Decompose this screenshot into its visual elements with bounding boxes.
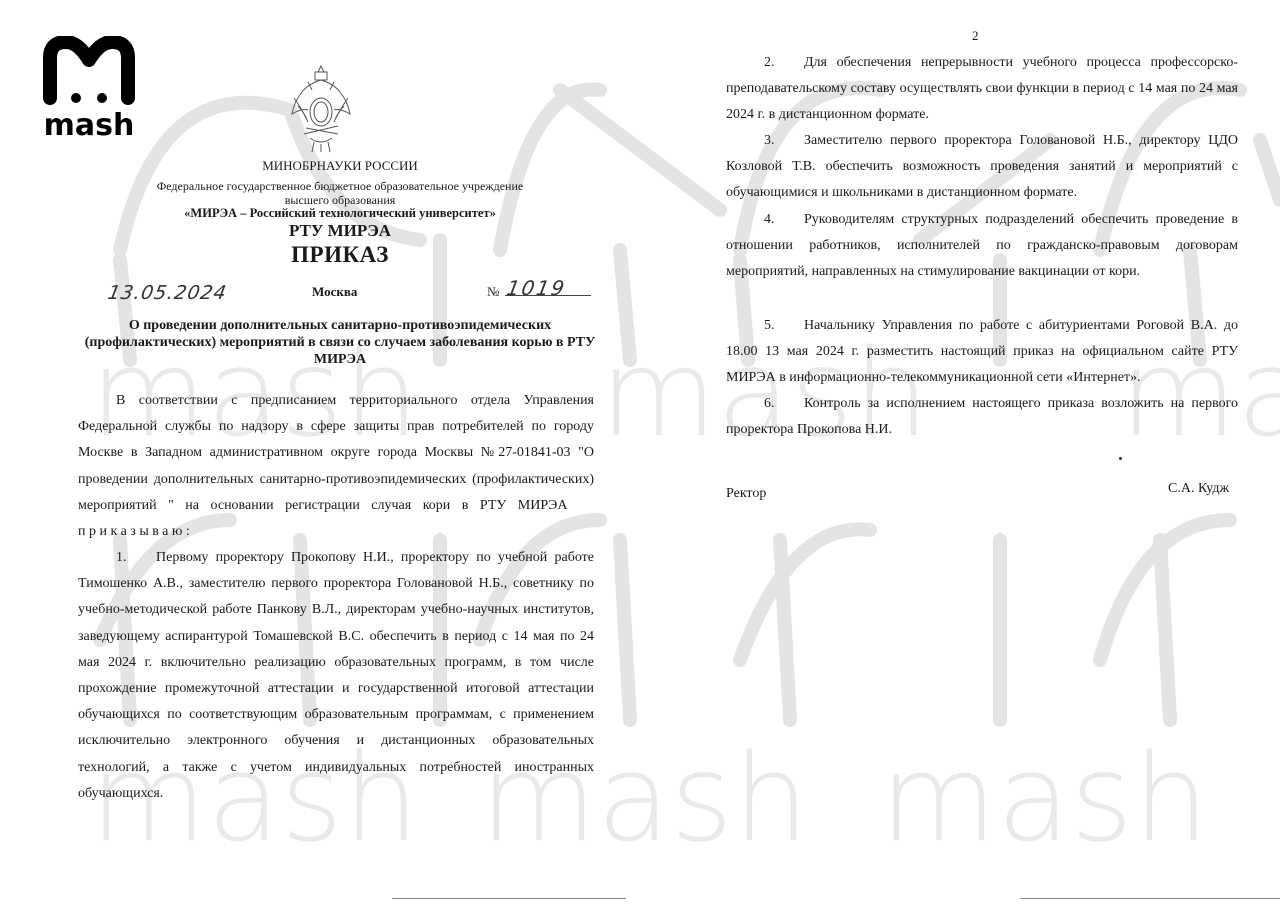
mash-wordmark: mash <box>40 110 138 142</box>
institution-level: высшего образования <box>80 194 600 206</box>
ministry-name: МИНОБРНАУКИ РОССИИ <box>80 159 600 172</box>
item-number: 6. <box>764 391 804 417</box>
order-item-3: 3.Заместителю первого проректора Голован… <box>726 128 1238 207</box>
item-number: 4. <box>764 207 804 233</box>
order-number-handwritten: 1019 <box>505 276 568 300</box>
signature-title: Ректор <box>726 486 766 502</box>
institution-type: Федеральное государственное бюджетное об… <box>80 180 600 192</box>
order-item-2: 2.Для обеспечения непрерывности учебного… <box>726 50 1238 129</box>
order-item-4: 4.Руководителям структурных подразделени… <box>726 207 1238 286</box>
preamble-text: В соответствии с предписанием территориа… <box>78 393 594 513</box>
university-full-name: «МИРЭА – Российский технологический унив… <box>80 207 600 220</box>
signature-name: С.А. Кудж <box>1168 481 1229 497</box>
order-item-5: 5.Начальнику Управления по работе с абит… <box>726 313 1238 392</box>
order-date-handwritten: 13.05.2024 <box>106 282 229 304</box>
page-number: 2 <box>972 28 979 44</box>
double-headed-eagle-emblem-icon <box>288 62 354 154</box>
page-bottom-edge-line <box>1020 898 1280 899</box>
item-text: Первому проректору Прокопову Н.И., проре… <box>78 550 594 801</box>
order-subject: О проведении дополнительных санитарно-пр… <box>80 317 600 368</box>
mash-m-icon <box>42 36 136 106</box>
order-city: Москва <box>312 284 357 300</box>
scan-speck <box>1119 457 1122 460</box>
order-number-label: № <box>487 284 499 300</box>
preamble-paragraph: В соответствии с предписанием территориа… <box>78 388 594 545</box>
item-number: 1. <box>116 545 156 571</box>
scanned-order-document: mash МИНОБРНАУКИ РОССИИ Федеральное госу… <box>0 0 1280 913</box>
order-word: приказываю: <box>78 524 193 539</box>
university-short-name: РТУ МИРЭА <box>80 222 600 239</box>
item-number: 3. <box>764 128 804 154</box>
order-item-6: 6.Контроль за исполнением настоящего при… <box>726 391 1238 443</box>
item-number: 5. <box>764 313 804 339</box>
order-number-underline <box>505 295 591 296</box>
mash-logo: mash <box>40 36 138 144</box>
order-item-1: 1.Первому проректору Прокопову Н.И., про… <box>78 545 594 807</box>
document-type-title: ПРИКАЗ <box>80 243 600 266</box>
page-bottom-edge-line <box>392 898 626 899</box>
item-number: 2. <box>764 50 804 76</box>
